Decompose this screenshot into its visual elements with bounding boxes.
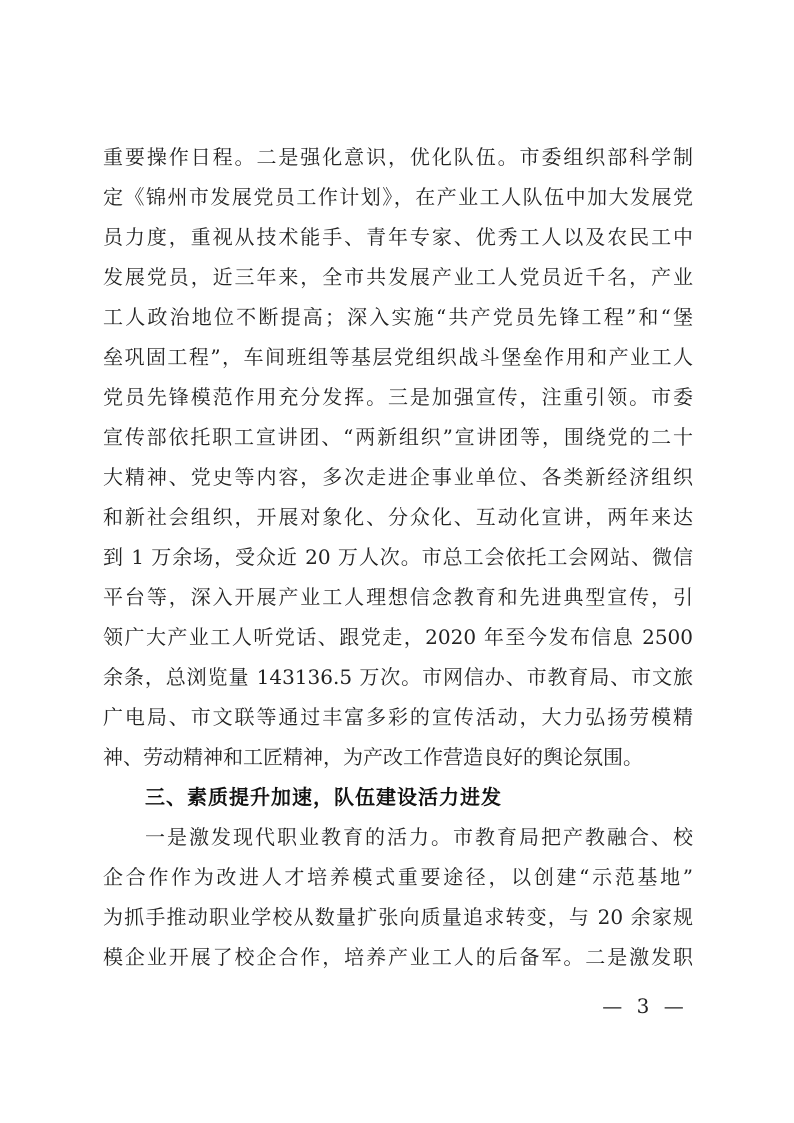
text-line: 员力度，重视从技术能手、青年专家、优秀工人以及农民工中 [103,220,693,260]
text-line: 发展党员，近三年来，全市共发展产业工人党员近千名，产业 [103,260,693,300]
section-heading: 三、素质提升加速，队伍建设活力进发 [103,780,693,820]
text-line: 宣传部依托职工宣讲团、“两新组织”宣讲团等，围绕党的二十 [103,420,693,460]
text-line: 为抓手推动职业学校从数量扩张向质量追求转变，与 20 余家规 [103,900,693,940]
text-line: 垒巩固工程”，车间班组等基层党组织战斗堡垒作用和产业工人 [103,340,693,380]
page-number: — 3 — [600,994,690,1018]
text-line: 党员先锋模范作用充分发挥。三是加强宣传，注重引领。市委 [103,380,693,420]
text-line: 定《锦州市发展党员工作计划》，在产业工人队伍中加大发展党 [103,180,693,220]
text-line: 平台等，深入开展产业工人理想信念教育和先进典型宣传，引 [103,580,693,620]
text-line: 模企业开展了校企合作，培养产业工人的后备军。二是激发职 [103,940,693,980]
document-body: 重要操作日程。二是强化意识，优化队伍。市委组织部科学制 定《锦州市发展党员工作计… [103,140,693,980]
paragraph-end-line: 神、劳动精神和工匠精神，为产改工作营造良好的舆论氛围。 [103,740,693,780]
text-line: 余条，总浏览量 143136.5 万次。市网信办、市教育局、市文旅 [103,660,693,700]
text-line: 企合作作为改进人才培养模式重要途径，以创建“示范基地” [103,860,693,900]
text-line: 领广大产业工人听党话、跟党走，2020 年至今发布信息 2500 [103,620,693,660]
text-line: 到 1 万余场，受众近 20 万人次。市总工会依托工会网站、微信 [103,540,693,580]
text-line: 广电局、市文联等通过丰富多彩的宣传活动，大力弘扬劳模精 [103,700,693,740]
text-line: 和新社会组织，开展对象化、分众化、互动化宣讲，两年来达 [103,500,693,540]
text-line: 大精神、党史等内容，多次走进企事业单位、各类新经济组织 [103,460,693,500]
text-line: 重要操作日程。二是强化意识，优化队伍。市委组织部科学制 [103,140,693,180]
text-line: 工人政治地位不断提高；深入实施“共产党员先锋工程”和“堡 [103,300,693,340]
document-page: 重要操作日程。二是强化意识，优化队伍。市委组织部科学制 定《锦州市发展党员工作计… [0,0,794,1123]
paragraph-first-line: 一是激发现代职业教育的活力。市教育局把产教融合、校 [103,820,693,860]
